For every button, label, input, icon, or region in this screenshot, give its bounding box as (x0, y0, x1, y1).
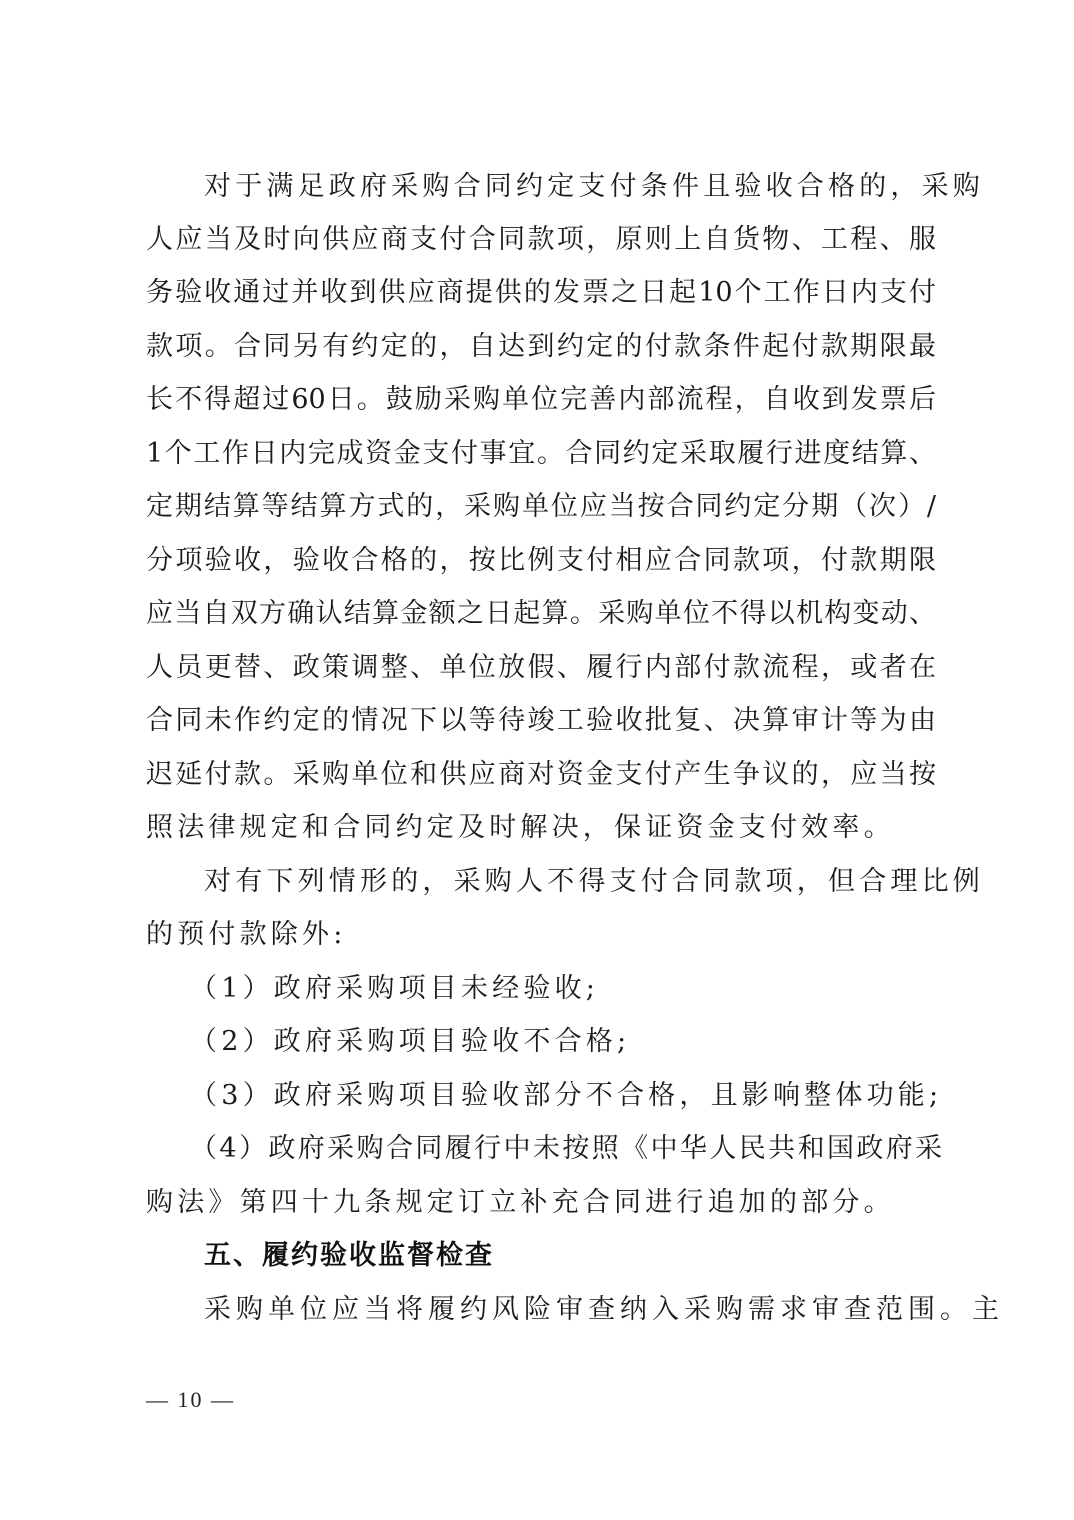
paragraph-1-line-9: 应当自双方确认结算金额之日起算。采购单位不得以机构变动、 (146, 594, 936, 634)
document-page: 对于满足政府采购合同约定支付条件且验收合格的，采购 人应当及时向供应商支付合同款… (0, 0, 1074, 1520)
paragraph-1-line-2: 人应当及时向供应商支付合同款项，原则上自货物、工程、服 (146, 220, 936, 260)
paragraph-1-line-12: 迟延付款。采购单位和供应商对资金支付产生争议的，应当按 (146, 755, 936, 795)
paragraph-1-line-13: 照法律规定和合同约定及时解决，保证资金支付效率。 (146, 808, 936, 848)
paragraph-1-line-1: 对于满足政府采购合同约定支付条件且验收合格的，采购 (204, 167, 936, 207)
list-item-4-line-2: 购法》第四十九条规定订立补充合同进行追加的部分。 (146, 1183, 936, 1223)
paragraph-1-line-11: 合同未作约定的情况下以等待竣工验收批复、决算审计等为由 (146, 701, 936, 741)
paragraph-1-line-8: 分项验收，验收合格的，按比例支付相应合同款项，付款期限 (146, 541, 936, 581)
paragraph-1-line-6: 1个工作日内完成资金支付事宜。合同约定采取履行进度结算、 (146, 434, 936, 474)
section-heading: 五、履约验收监督检查 (204, 1236, 494, 1276)
paragraph-3-line-1: 采购单位应当将履约风险审查纳入采购需求审查范围。主 (204, 1290, 936, 1330)
paragraph-1-line-4: 款项。合同另有约定的，自达到约定的付款条件起付款期限最 (146, 327, 936, 367)
list-item-4-line-1: （4）政府采购合同履行中未按照《中华人民共和国政府采 (190, 1129, 936, 1169)
paragraph-2-line-2: 的预付款除外: (146, 915, 936, 955)
paragraph-1-line-3: 务验收通过并收到供应商提供的发票之日起10个工作日内支付 (146, 273, 936, 313)
paragraph-2-line-1: 对有下列情形的，采购人不得支付合同款项，但合理比例 (204, 862, 936, 902)
list-item-2: （2）政府采购项目验收不合格; (190, 1022, 980, 1062)
paragraph-1-line-7: 定期结算等结算方式的，采购单位应当按合同约定分期（次）/ (146, 487, 936, 527)
paragraph-1-line-5: 长不得超过60日。鼓励采购单位完善内部流程，自收到发票后 (146, 380, 936, 420)
paragraph-1-line-10: 人员更替、政策调整、单位放假、履行内部付款流程，或者在 (146, 648, 936, 688)
list-item-3: （3）政府采购项目验收部分不合格，且影响整体功能; (190, 1076, 980, 1116)
page-number: — 10 — (146, 1387, 235, 1413)
list-item-1: （1）政府采购项目未经验收; (190, 969, 980, 1009)
